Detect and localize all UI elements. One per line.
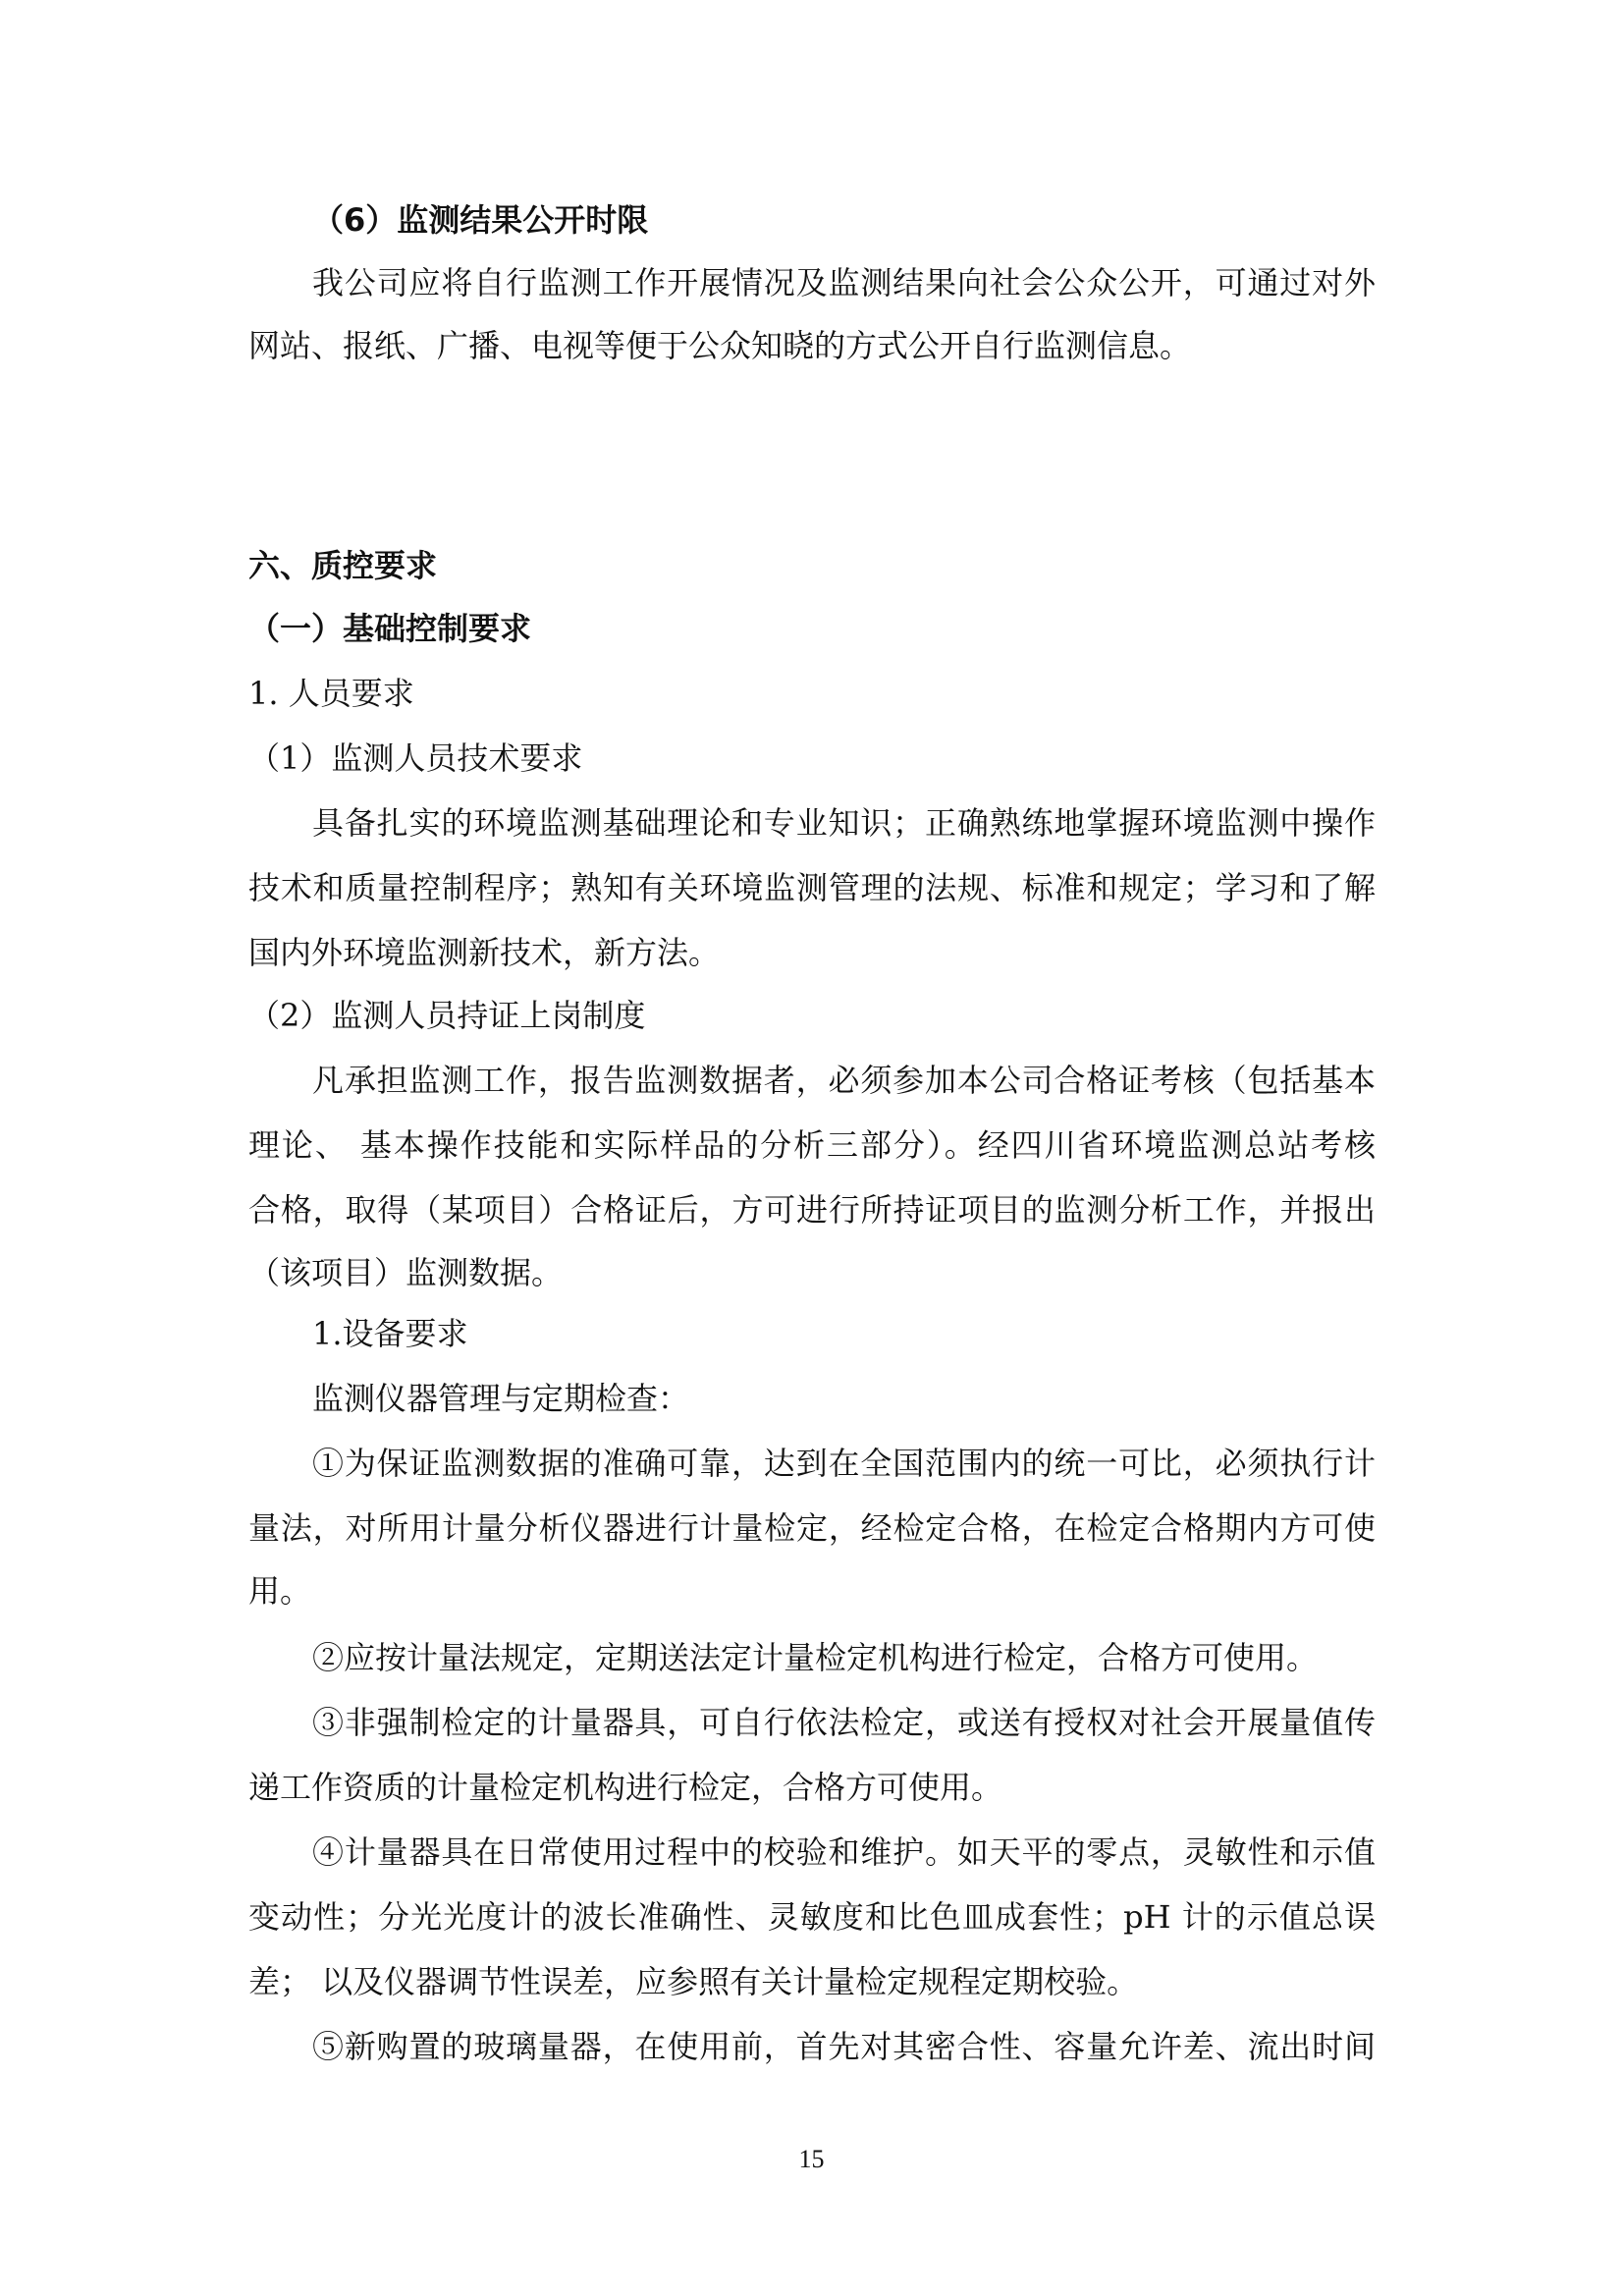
item-heading-personnel: 1. 人员要求: [248, 674, 1376, 713]
page-number: 15: [0, 2145, 1623, 2174]
paragraph-line: 用。: [248, 1571, 1376, 1611]
paragraph-line: 技术和质量控制程序；熟知有关环境监测管理的法规、标准和规定；学习和了解: [248, 868, 1376, 907]
section-heading-quality-control: 六、质控要求: [248, 546, 1376, 585]
paragraph-line: 递工作资质的计量检定机构进行检定，合格方可使用。: [248, 1768, 1376, 1807]
paragraph-line: 网站、报纸、广播、电视等便于公众知晓的方式公开自行监测信息。: [248, 326, 1376, 365]
document-page: （6）监测结果公开时限 我公司应将自行监测工作开展情况及监测结果向社会公众公开，…: [0, 0, 1623, 2296]
paragraph-line: 差； 以及仪器调节性误差，应参照有关计量检定规程定期校验。: [248, 1962, 1376, 2001]
paragraph-line: 凡承担监测工作，报告监测数据者，必须参加本公司合格证考核（包括基本: [312, 1061, 1376, 1100]
paragraph-line: 我公司应将自行监测工作开展情况及监测结果向社会公众公开，可通过对外: [312, 263, 1376, 302]
paragraph-line: ②应按计量法规定，定期送法定计量检定机构进行检定，合格方可使用。: [312, 1638, 1439, 1677]
paragraph-line: 量法，对所用计量分析仪器进行计量检定，经检定合格，在检定合格期内方可使: [248, 1508, 1376, 1548]
paragraph-line: 理论、 基本操作技能和实际样品的分析三部分）。经四川省环境监测总站考核: [248, 1125, 1376, 1165]
paragraph-line: 国内外环境监测新技术，新方法。: [248, 933, 1376, 972]
paragraph-line: ⑤新购置的玻璃量器，在使用前，首先对其密合性、容量允许差、流出时间: [312, 2027, 1376, 2066]
item-heading-equipment: 1.设备要求: [312, 1314, 1439, 1353]
paragraph-line: （该项目）监测数据。: [248, 1253, 1376, 1292]
paragraph-line: 变动性；分光光度计的波长准确性、灵敏度和比色皿成套性；pH 计的示值总误: [248, 1897, 1376, 1937]
paragraph-line: ④计量器具在日常使用过程中的校验和维护。如天平的零点，灵敏性和示值: [312, 1832, 1376, 1872]
paragraph-line: ③非强制检定的计量器具，可自行依法检定，或送有授权对社会开展量值传: [312, 1703, 1376, 1742]
paragraph-line: ①为保证监测数据的准确可靠，达到在全国范围内的统一可比，必须执行计: [312, 1444, 1376, 1483]
item-heading-instrument-management: 监测仪器管理与定期检查：: [312, 1379, 1439, 1418]
item-heading-technical: （1）监测人员技术要求: [248, 738, 1376, 778]
paragraph-line: 合格，取得（某项目）合格证后，方可进行所持证项目的监测分析工作，并报出: [248, 1190, 1376, 1230]
subsection-heading-basic-control: （一）基础控制要求: [248, 609, 1376, 648]
heading-disclosure-timeline: （6）监测结果公开时限: [312, 200, 1439, 240]
item-heading-certification: （2）监测人员持证上岗制度: [248, 996, 1376, 1035]
paragraph-line: 具备扎实的环境监测基础理论和专业知识；正确熟练地掌握环境监测中操作: [312, 803, 1376, 843]
